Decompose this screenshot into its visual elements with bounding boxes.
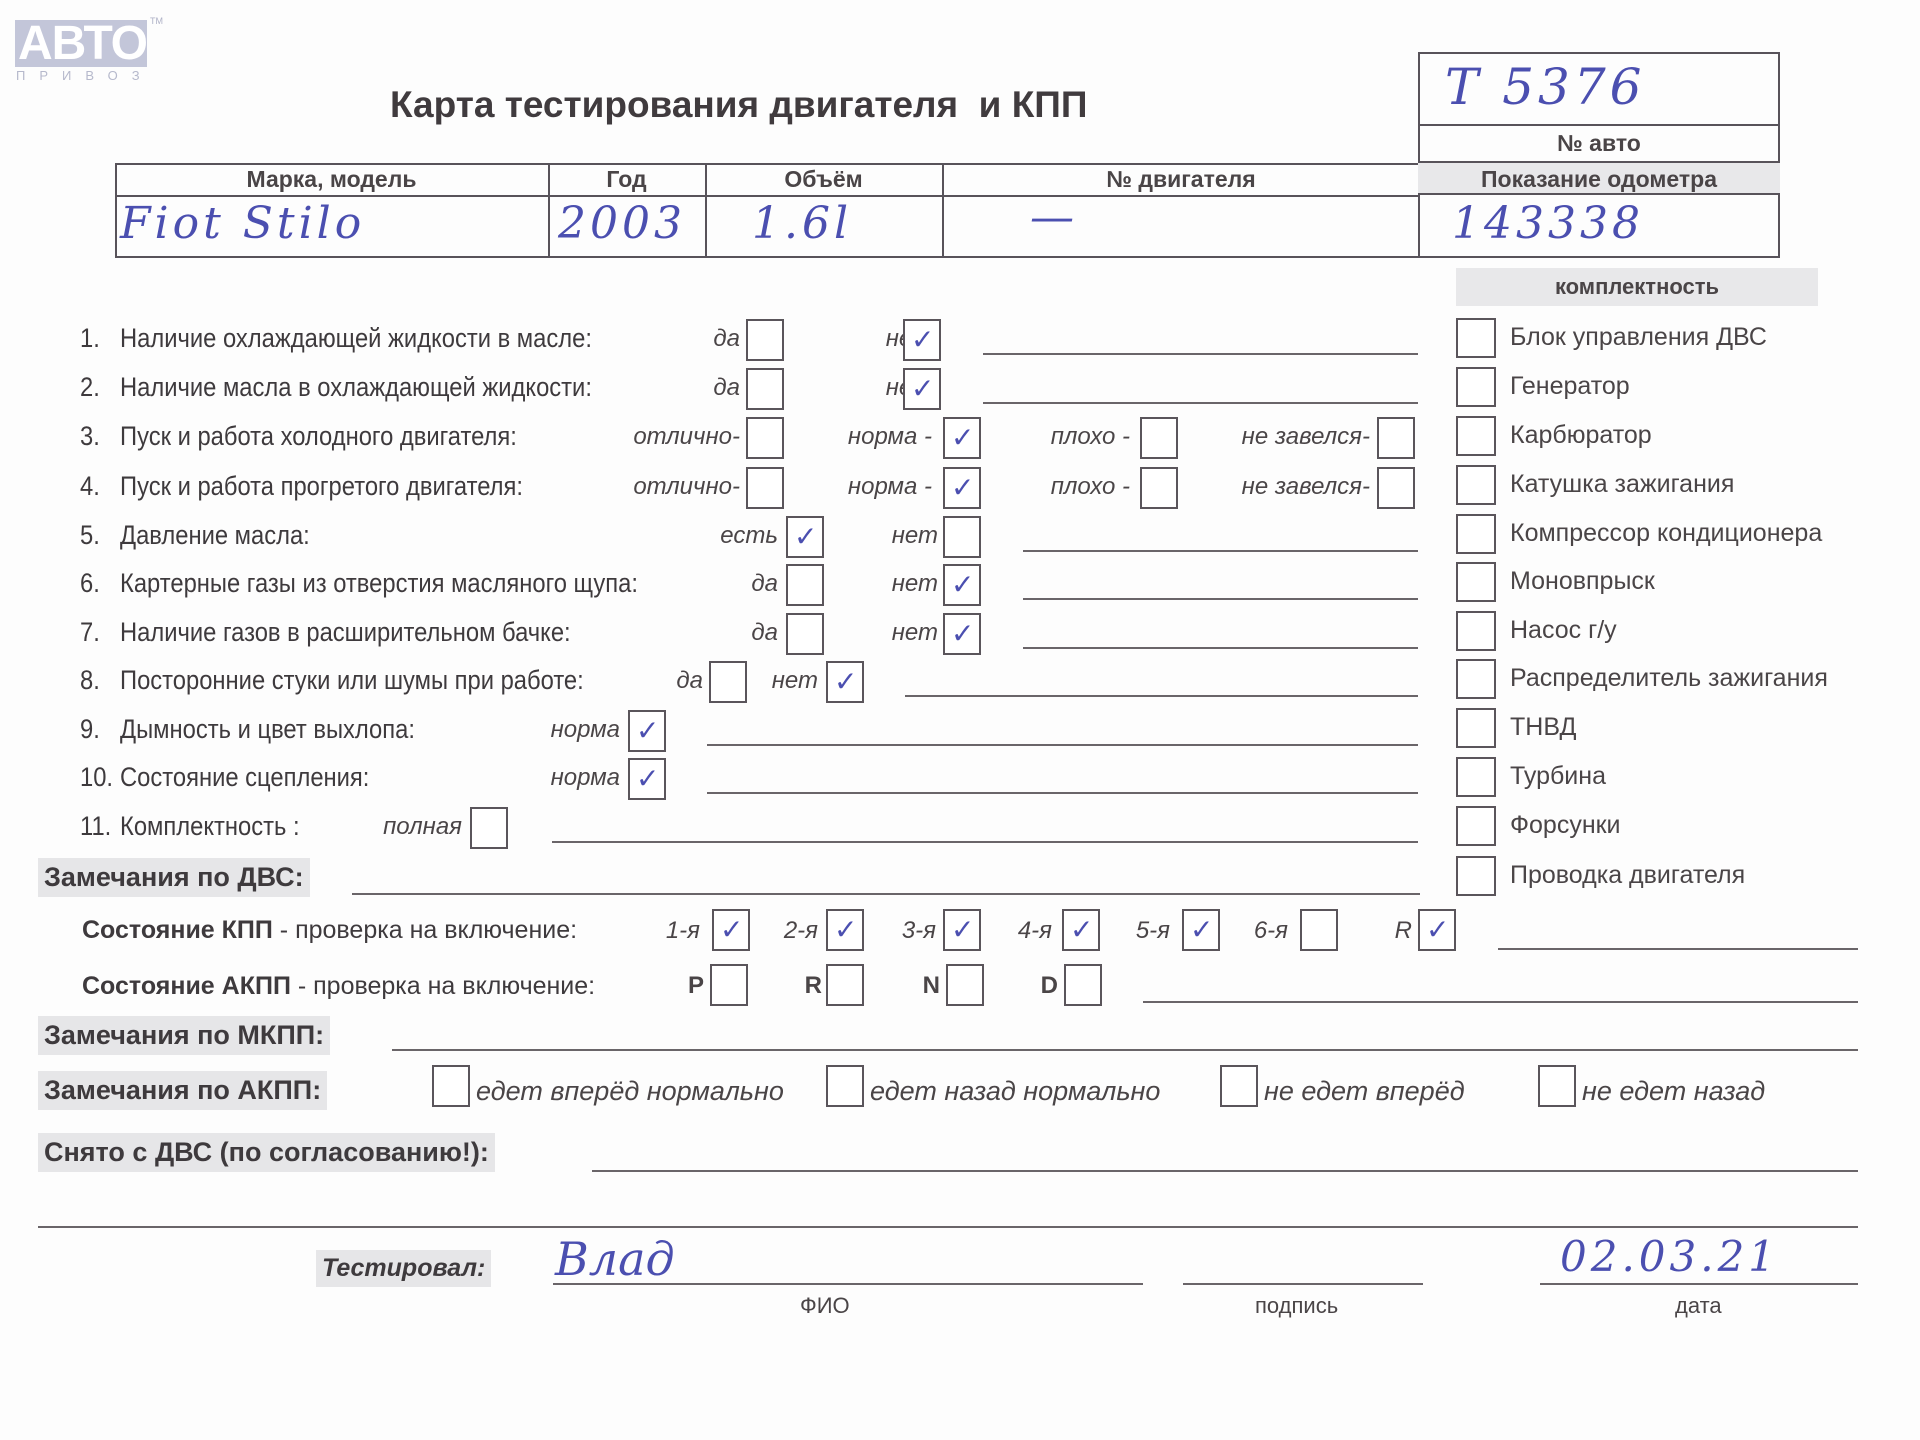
tester-name-value[interactable]: Влад [555, 1232, 675, 1286]
question-note-field[interactable] [983, 402, 1418, 404]
option-label: нет [732, 374, 932, 402]
completeness-item-label: Проводка двигателя [1510, 861, 1745, 890]
completeness-item-label: Катушка зажигания [1510, 470, 1734, 499]
completeness-checkbox[interactable] [1456, 757, 1496, 797]
question-note-field[interactable] [707, 744, 1418, 746]
option-label: нет [618, 667, 818, 695]
car-number-value[interactable]: T 5376 [1445, 58, 1646, 116]
signature-field[interactable] [1183, 1283, 1423, 1285]
header-engine-no: № двигателя [942, 166, 1420, 193]
remarks-manual-field[interactable] [392, 1049, 1858, 1051]
completeness-item-label: ТНВД [1510, 713, 1576, 742]
option-checkbox[interactable]: ✓ [628, 710, 666, 752]
gear-label: R [1312, 917, 1412, 945]
date-field[interactable] [1540, 1283, 1858, 1285]
option-label: не завелся- [1170, 423, 1370, 451]
auto-remark-label: не едет назад [1582, 1076, 1765, 1107]
completeness-item-label: Компрессор кондиционера [1510, 519, 1822, 548]
option-label: полная [262, 813, 462, 841]
completeness-checkbox[interactable] [1456, 708, 1496, 748]
check-mark-icon: ✓ [834, 665, 857, 698]
question-label: Давление масла: [120, 520, 310, 551]
question-label: Наличие газов в расширительном бачке: [120, 617, 571, 648]
option-checkbox[interactable]: ✓ [943, 564, 981, 606]
completeness-item-label: Распределитель зажигания [1510, 664, 1828, 693]
completeness-item-label: Моновпрыск [1510, 567, 1655, 596]
option-checkbox[interactable] [1377, 417, 1415, 459]
completeness-checkbox[interactable] [1456, 856, 1496, 896]
question-number: 9. [80, 714, 100, 745]
option-label: да [540, 374, 740, 402]
option-label: норма [420, 716, 620, 744]
question-number: 3. [80, 421, 100, 452]
question-label: Картерные газы из отверстия масляного щу… [120, 568, 638, 599]
gear-label: 2-я [718, 917, 818, 945]
completeness-checkbox[interactable] [1456, 367, 1496, 407]
date-value[interactable]: 02.03.21 [1560, 1232, 1779, 1281]
question-number: 5. [80, 520, 100, 551]
mode-label: P [644, 972, 704, 1000]
odometer-value[interactable]: 143338 [1452, 198, 1644, 249]
completeness-checkbox[interactable] [1456, 416, 1496, 456]
gear-label: 6-я [1188, 917, 1288, 945]
completeness-item-label: Карбюратор [1510, 421, 1652, 450]
option-label: нет [738, 522, 938, 550]
option-label: отлично- [540, 423, 740, 451]
question-label: Состояние сцепления: [120, 762, 369, 793]
mode-checkbox[interactable] [826, 964, 864, 1006]
gear-checkbox[interactable]: ✓ [1418, 909, 1456, 951]
completeness-checkbox[interactable] [1456, 659, 1496, 699]
completeness-checkbox[interactable] [1456, 514, 1496, 554]
question-number: 2. [80, 372, 100, 403]
option-checkbox[interactable]: ✓ [628, 758, 666, 800]
removed-label: Снято с ДВС (по согласованию!): [38, 1133, 495, 1172]
header-volume: Объём [705, 166, 942, 193]
odometer-label: Показание одометра [1418, 166, 1780, 193]
check-mark-icon: ✓ [911, 372, 934, 405]
page-title: Карта тестирования двигателя и КПП [390, 84, 1087, 126]
gear-label: 4-я [952, 917, 1052, 945]
check-mark-icon: ✓ [951, 617, 974, 650]
question-note-field[interactable] [983, 353, 1418, 355]
option-checkbox[interactable]: ✓ [903, 368, 941, 410]
completeness-checkbox[interactable] [1456, 611, 1496, 651]
removed-field[interactable] [592, 1170, 1858, 1172]
gear-label: 5-я [1070, 917, 1170, 945]
completeness-checkbox[interactable] [1456, 806, 1496, 846]
table-divider [115, 195, 1420, 197]
option-label: нет [732, 325, 932, 353]
mode-label: N [880, 972, 940, 1000]
completeness-checkbox[interactable] [1456, 562, 1496, 602]
remarks-engine-label: Замечания по ДВС: [38, 858, 310, 897]
question-note-field[interactable] [1023, 550, 1418, 552]
question-number: 6. [80, 568, 100, 599]
remarks-manual-label: Замечания по МКПП: [38, 1016, 330, 1055]
option-checkbox[interactable]: ✓ [903, 319, 941, 361]
question-label: Наличие охлаждающей жидкости в масле: [120, 323, 592, 354]
check-mark-icon: ✓ [951, 568, 974, 601]
question-number: 1. [80, 323, 100, 354]
option-checkbox[interactable] [943, 516, 981, 558]
option-label: норма [420, 764, 620, 792]
car-number-label: № авто [1418, 130, 1780, 157]
auto-gearbox-note-field[interactable] [1143, 1001, 1858, 1003]
box-divider [1418, 124, 1780, 126]
year-value[interactable]: 2003 [558, 198, 686, 249]
engine-no-value[interactable]: — [1030, 192, 1078, 243]
mode-checkbox[interactable] [710, 964, 748, 1006]
question-number: 4. [80, 471, 100, 502]
auto-remark-checkbox[interactable] [826, 1065, 864, 1107]
question-label: Дымность и цвет выхлопа: [120, 714, 415, 745]
option-label: нет [738, 570, 938, 598]
gear-label: 3-я [836, 917, 936, 945]
completeness-item-label: Генератор [1510, 372, 1630, 401]
header-make-model: Марка, модель [115, 166, 548, 193]
fio-caption: ФИО [800, 1293, 850, 1319]
option-label: норма - [732, 473, 932, 501]
option-checkbox[interactable] [1377, 467, 1415, 509]
question-note-field[interactable] [905, 695, 1418, 697]
tested-by-label: Тестировал: [316, 1250, 491, 1287]
completeness-checkbox[interactable] [1456, 318, 1496, 358]
auto-remark-checkbox[interactable] [432, 1065, 470, 1107]
remarks-auto-label: Замечания по АКПП: [38, 1071, 327, 1110]
signature-caption: подпись [1255, 1293, 1338, 1319]
question-number: 11. [80, 811, 111, 842]
option-checkbox[interactable]: ✓ [943, 613, 981, 655]
auto-remark-label: едет вперёд нормально [476, 1076, 784, 1107]
option-label: плохо - [930, 423, 1130, 451]
manual-gearbox-label: Состояние КПП - проверка на включение: [82, 916, 577, 945]
option-checkbox[interactable] [470, 807, 508, 849]
logo-subtitle: ПРИВОЗ [16, 68, 154, 83]
option-label: да [540, 325, 740, 353]
question-number: 8. [80, 665, 100, 696]
completeness-item-label: Форсунки [1510, 811, 1621, 840]
mode-label: D [998, 972, 1058, 1000]
completeness-item-label: Блок управления ДВС [1510, 323, 1767, 352]
question-label: Наличие масла в охлаждающей жидкости: [120, 372, 592, 403]
auto-remark-label: не едет вперёд [1264, 1076, 1465, 1107]
question-number: 10. [80, 762, 113, 793]
completeness-item-label: Насос г/у [1510, 616, 1617, 645]
mode-label: R [762, 972, 822, 1000]
option-label: не завелся- [1170, 473, 1370, 501]
volume-value[interactable]: 1.6l [752, 198, 852, 249]
option-label: плохо - [930, 473, 1130, 501]
auto-remark-label: едет назад нормально [870, 1076, 1160, 1107]
make-model-value[interactable]: Fiot Stilo [120, 198, 365, 249]
logo-trademark: TM [150, 16, 163, 26]
question-note-field[interactable] [1023, 647, 1418, 649]
check-mark-icon: ✓ [1426, 913, 1449, 946]
auto-gearbox-label: Состояние АКПП - проверка на включение: [82, 972, 595, 1001]
manual-gearbox-note-field[interactable] [1498, 948, 1858, 950]
header-year: Год [548, 166, 705, 193]
remarks-engine-field[interactable] [352, 893, 1420, 895]
gear-label: 1-я [600, 917, 700, 945]
check-mark-icon: ✓ [911, 323, 934, 356]
question-label: Пуск и работа прогретого двигателя: [120, 471, 523, 502]
auto-remark-checkbox[interactable] [1538, 1065, 1576, 1107]
tester-name-field[interactable] [553, 1283, 1143, 1285]
logo: АВТО [18, 16, 147, 72]
date-caption: дата [1675, 1293, 1722, 1319]
mode-checkbox[interactable] [946, 964, 984, 1006]
option-label: норма - [732, 423, 932, 451]
question-label: Пуск и работа холодного двигателя: [120, 421, 517, 452]
option-label: отлично- [540, 473, 740, 501]
option-label: нет [738, 619, 938, 647]
option-checkbox[interactable]: ✓ [826, 661, 864, 703]
auto-remark-checkbox[interactable] [1220, 1065, 1258, 1107]
question-note-field[interactable] [552, 841, 1418, 843]
question-note-field[interactable] [707, 792, 1418, 794]
question-number: 7. [80, 617, 100, 648]
completeness-item-label: Турбина [1510, 762, 1606, 791]
mode-checkbox[interactable] [1064, 964, 1102, 1006]
check-mark-icon: ✓ [636, 714, 659, 747]
completeness-header: комплектность [1456, 274, 1818, 300]
completeness-checkbox[interactable] [1456, 465, 1496, 505]
question-note-field[interactable] [1023, 598, 1418, 600]
extra-notes-line[interactable] [38, 1226, 1858, 1228]
check-mark-icon: ✓ [636, 762, 659, 795]
